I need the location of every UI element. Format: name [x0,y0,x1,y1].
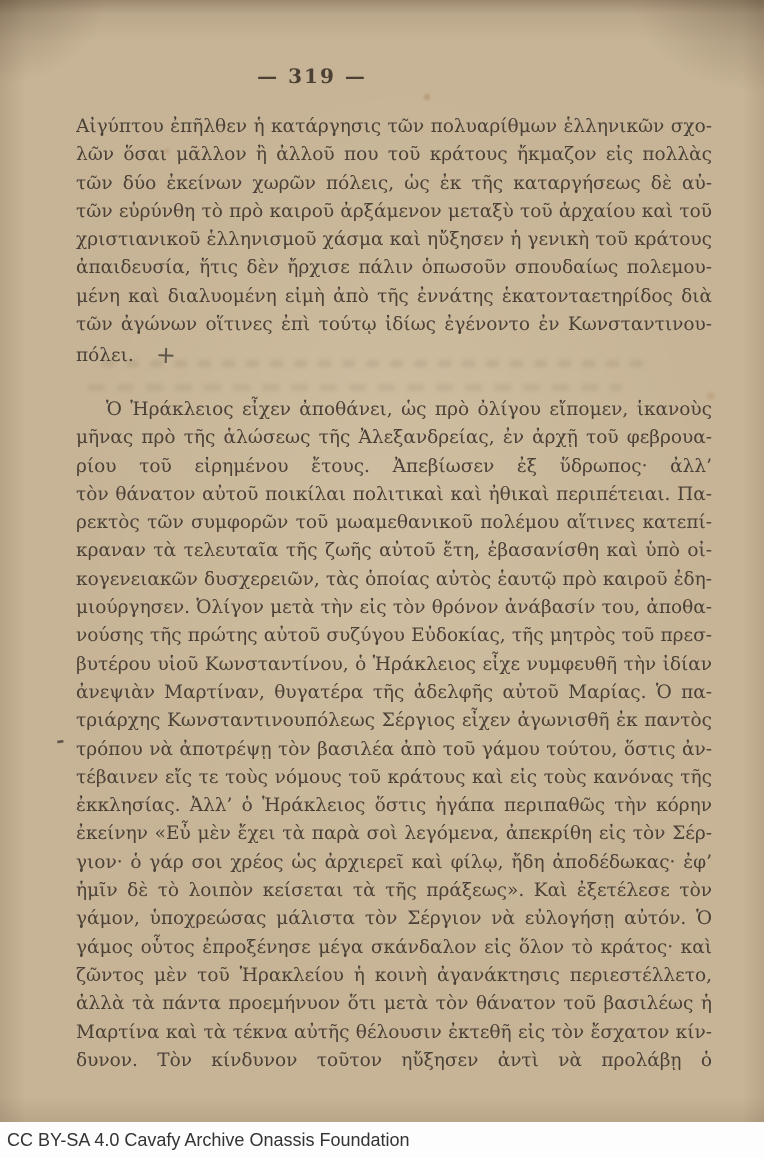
paper-background: — 319 — Αἰγύπτου ἐπῆλθεν ἡ κατάργησις τῶ… [0,0,764,1122]
text-line: ἐκκλησίας. Ἀλλ’ ὁ Ἡράκλειος ὅστις ἠγάπα … [76,792,712,820]
text-line: ἡμῖν δὲ τὸ λοιπὸν κείσεται τὰ τῆς πράξεω… [76,877,712,905]
text-line: τῶν δύο ἐκείνων χωρῶν πόλεις, ὡς ἐκ τῆς … [76,170,712,198]
text-line: τῶν εὐρύνθη τὸ πρὸ καιροῦ ἀρξάμενον μετα… [76,198,712,226]
text-line: γάμος οὗτος ἐπροξένησε μέγα σκάνδαλον εἰ… [76,934,712,962]
text-line: μιούργησεν. Ὀλίγον μετὰ τὴν εἰς τὸν θρόν… [76,594,712,622]
text-line: δυνον. Τὸν κίνδυνον τοῦτον ηὔξησεν ἀντὶ … [76,1047,712,1075]
page-number: — 319 — [0,64,624,88]
text-line: μένη καὶ διαλυομένη εἰμὴ ἀπὸ τῆς ἐννάτης… [76,283,712,311]
text-line: ἐκείνην «Εὖ μὲν ἔχει τὰ παρὰ σοὶ λεγόμεν… [76,820,712,848]
text-line: Μαρτίνα καὶ τὰ τέκνα αὐτῆς θέλουσιν ἐκτε… [76,1019,712,1047]
paragraph-1-lines: Αἰγύπτου ἐπῆλθεν ἡ κατάργησις τῶν πολυαρ… [76,113,712,339]
text-line: τέβαινεν εἴς τε τοὺς νόμους τοῦ κράτους … [76,764,712,792]
text-line: τριάρχης Κωνσταντινουπόλεως Σέργιος εἶχε… [76,707,712,735]
pencil-margin-dash-annotation: - [54,728,66,753]
text-line: γιον· ὁ γάρ σοι χρέος ὡς ἀρχιερεῖ καὶ φί… [76,849,712,877]
book-page-scan: — 319 — Αἰγύπτου ἐπῆλθεν ἡ κατάργησις τῶ… [0,0,764,1158]
text-line: Ὁ Ἡράκλειος εἶχεν ἀποθάνει, ὡς πρὸ ὀλίγο… [76,396,712,424]
text-line: ρεκτὸς τῶν συμφορῶν τοῦ μωαμεθανικοῦ πολ… [76,509,712,537]
pencil-cross-annotation: + [155,341,176,370]
text-line: ἀπαιδευσία, ἥτις δὲν ἤρχισε πάλιν ὁπωσοῦ… [76,254,712,282]
paragraph-1: Αἰγύπτου ἐπῆλθεν ἡ κατάργησις τῶν πολυαρ… [76,113,712,368]
text-line: κογενειακῶν δυσχερειῶν, τὰς ὁποίας αὐτὸς… [76,566,712,594]
text-line: γάμον, ὑποχρεώσας μάλιστα τὸν Σέργιον νὰ… [76,905,712,933]
text-line: μῆνας πρὸ τῆς ἁλώσεως τῆς Ἀλεξανδρείας, … [76,424,712,452]
text-line: τὸν θάνατον αὐτοῦ ποικίλαι πολιτικαὶ καὶ… [76,481,712,509]
paragraph-2-lines: Ὁ Ἡράκλειος εἶχεν ἀποθάνει, ὡς πρὸ ὀλίγο… [76,396,712,1075]
text-line: ζῶντος μὲν τοῦ Ἡρακλείου ἡ κοινὴ ἀγανάκτ… [76,962,712,990]
text-line: ρίου τοῦ εἰρημένου ἔτους. Ἀπεβίωσεν ἐξ ὕ… [76,453,712,481]
text-line: Αἰγύπτου ἐπῆλθεν ἡ κατάργησις τῶν πολυαρ… [76,113,712,141]
text-line: τῶν ἀγώνων οἵτινες ἐπὶ τούτῳ ἰδίως ἐγένο… [76,311,712,339]
text-line: χριστιανικοῦ ἑλληνισμοῦ χάσμα καὶ ηὔξησε… [76,226,712,254]
text-line: νούσης τῆς πρώτης αὐτοῦ συζύγου Εὐδοκίας… [76,622,712,650]
text-line: ἀνεψιὰν Μαρτίναν, θυγατέρα τῆς ἀδελφῆς α… [76,679,712,707]
text-line: βυτέρου υἱοῦ Κωνσταντίνου, ὁ Ἡράκλειος ε… [76,651,712,679]
license-attribution-bar: CC BY-SA 4.0 Cavafy Archive Onassis Foun… [0,1122,764,1158]
text-line: κραναν τὰ τελευταῖα τῆς ζωῆς αὐτοῦ ἔτη, … [76,537,712,565]
text-line: ἀλλὰ τὰ πάντα προεμήνυον ὅτι μετὰ τὸν θά… [76,990,712,1018]
text-line: λῶν ὅσαι μᾶλλον ἢ ἀλλοῦ που τοῦ κράτους … [76,141,712,169]
paragraph-2: Ὁ Ἡράκλειος εἶχεν ἀποθάνει, ὡς πρὸ ὀλίγο… [76,396,712,1075]
paragraph-1-last-line: πόλει.+ [76,339,712,367]
text-line: τρόπου νὰ ἀποτρέψῃ τὸν βασιλέα ἀπὸ τοῦ γ… [76,736,712,764]
license-attribution-text: CC BY-SA 4.0 Cavafy Archive Onassis Foun… [7,1130,410,1151]
text-line: πόλει. [76,345,134,366]
